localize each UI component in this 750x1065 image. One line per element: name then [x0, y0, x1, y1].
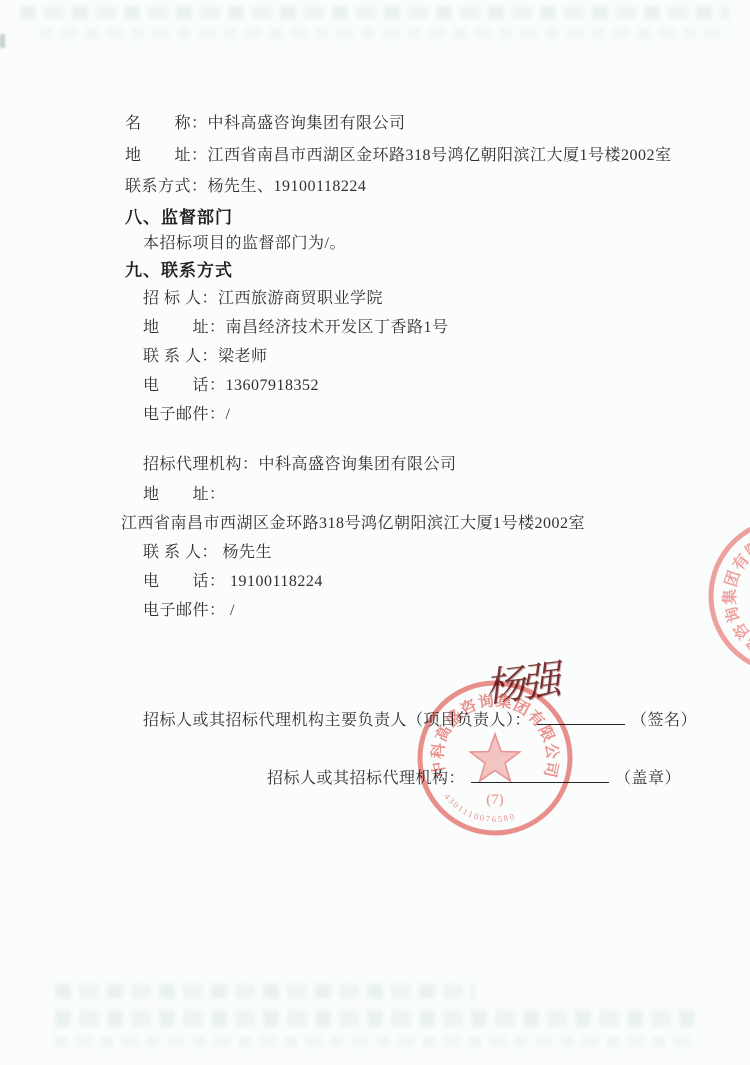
agency-address-row: 地 址：江西省南昌市西湖区金环路318号鸿亿朝阳滨江大厦1号楼2002室	[125, 142, 672, 165]
field-label: 招 标 人：	[143, 290, 218, 307]
field-label: 联 系 人：	[143, 348, 218, 365]
tenderer-phone-row: 电 话：13607918352	[143, 372, 319, 395]
field-value: 梁老师	[218, 348, 268, 365]
field-label: 地 址：	[143, 319, 226, 336]
agency-contact-row: 联系方式：杨先生、19100118224	[125, 173, 366, 196]
field-value: /	[226, 406, 231, 423]
tenderer-contact-row: 联 系 人：梁老师	[143, 343, 268, 366]
field-label: 地 址：	[143, 486, 226, 503]
agency-name-row: 名 称：中科高盛咨询集团有限公司	[125, 110, 406, 133]
field-label: 联 系 人：	[143, 544, 218, 561]
field-value: 13607918352	[226, 377, 320, 394]
signature-row-suffix: （签名）	[631, 712, 697, 729]
seal-center-number: (7)	[486, 792, 504, 808]
agency2-contact-row: 联 系 人： 杨先生	[143, 539, 272, 562]
field-label: 联系方式：	[125, 178, 208, 195]
ghost-text-artifact-top	[20, 6, 730, 19]
field-value: 南昌经济技术开发区丁香路1号	[226, 319, 449, 336]
field-value: 江西省南昌市西湖区金环路318号鸿亿朝阳滨江大厦1号楼2002室	[208, 147, 672, 164]
seal-row-suffix: （盖章）	[615, 770, 681, 787]
field-value: 江西旅游商贸职业学院	[218, 290, 383, 307]
edge-seal-svg: 中科高盛咨询集团有限公司	[704, 505, 750, 687]
tenderer-email-row: 电子邮件：/	[143, 401, 230, 424]
tenderer-address-row: 地 址：南昌经济技术开发区丁香路1号	[143, 314, 449, 337]
ghost-text-artifact-bottom	[55, 1010, 700, 1027]
field-value: 杨先生、19100118224	[208, 178, 367, 195]
section9-heading: 九、联系方式	[125, 256, 233, 281]
scan-edge-mark	[0, 34, 5, 48]
field-label: 地 址：	[125, 147, 208, 164]
field-value: /	[230, 602, 235, 619]
agency2-address-value-row: 江西省南昌市西湖区金环路318号鸿亿朝阳滨江大厦1号楼2002室	[121, 510, 585, 533]
ghost-text-artifact-bottom	[55, 1036, 700, 1047]
field-value: 中科高盛咨询集团有限公司	[208, 115, 406, 132]
ghost-text-artifact-bottom	[55, 984, 475, 999]
field-label: 电子邮件：	[143, 602, 226, 619]
agency2-phone-row: 电 话： 19100118224	[143, 568, 323, 591]
field-value: 中科高盛咨询集团有限公司	[259, 456, 457, 473]
agency2-address-label-row: 地 址：	[143, 481, 226, 504]
tenderer-name-row: 招 标 人：江西旅游商贸职业学院	[143, 285, 383, 308]
document-page: 名 称：中科高盛咨询集团有限公司 地 址：江西省南昌市西湖区金环路318号鸿亿朝…	[0, 0, 750, 1065]
edge-seal-stamp: 中科高盛咨询集团有限公司	[704, 505, 750, 687]
handwritten-signature: 杨强	[486, 659, 562, 709]
field-label: 电 话：	[143, 573, 226, 590]
field-label: 招标代理机构：	[143, 456, 259, 473]
section8-heading: 八、监督部门	[125, 203, 233, 228]
field-label: 电 话：	[143, 377, 226, 394]
seal-star-icon	[470, 734, 519, 781]
ghost-text-artifact-top	[40, 28, 720, 39]
section8-body: 本招标项目的监督部门为/。	[143, 230, 346, 253]
field-value: 杨先生	[223, 544, 273, 561]
field-value: 19100118224	[230, 573, 323, 590]
field-label: 名 称：	[125, 115, 208, 132]
agency2-name-row: 招标代理机构：中科高盛咨询集团有限公司	[143, 451, 457, 474]
field-label: 电子邮件：	[143, 406, 226, 423]
agency2-email-row: 电子邮件： /	[143, 597, 235, 620]
field-value: 江西省南昌市西湖区金环路318号鸿亿朝阳滨江大厦1号楼2002室	[121, 515, 585, 532]
